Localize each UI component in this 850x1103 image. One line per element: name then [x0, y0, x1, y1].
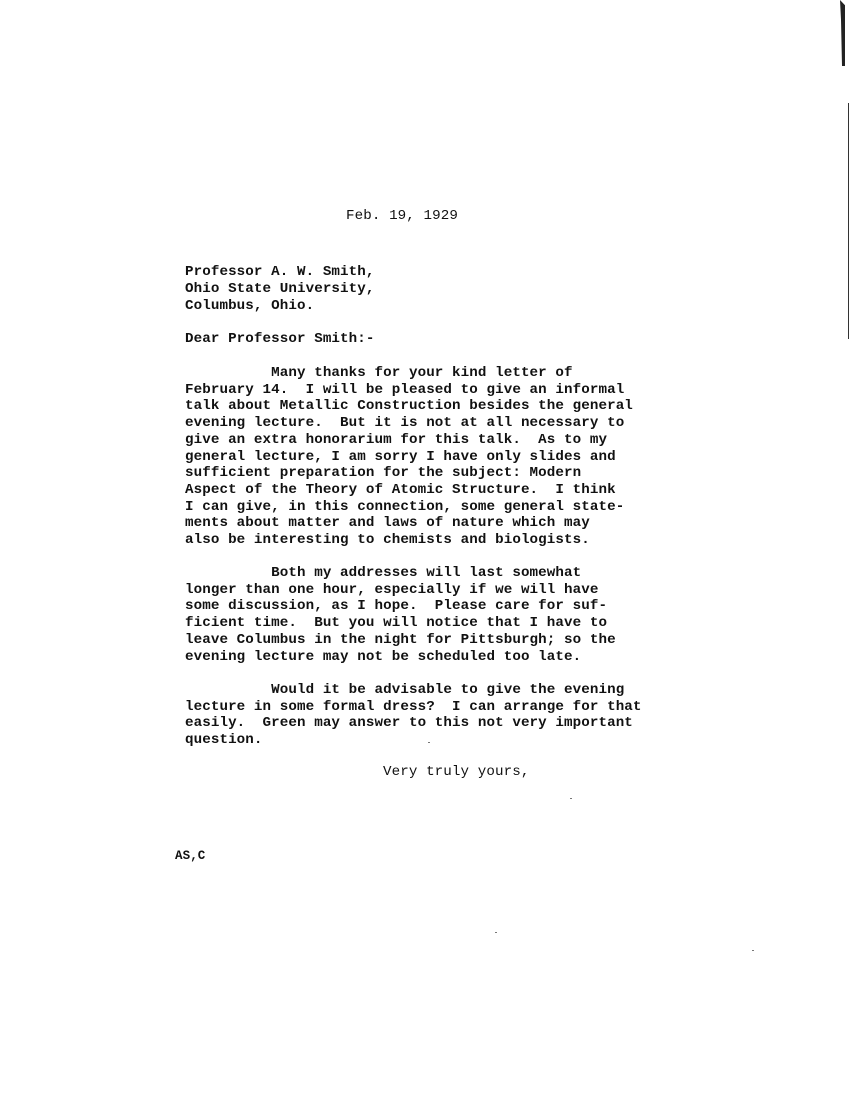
body-line: lecture in some formal dress? I can arra…	[185, 699, 642, 716]
initials: AS,C	[175, 848, 205, 865]
body-line: also be interesting to chemists and biol…	[185, 532, 590, 549]
letter-page: Feb. 19, 1929 Professor A. W. Smith, Ohi…	[0, 0, 850, 1103]
scan-speck	[570, 798, 572, 799]
scan-speck	[752, 950, 754, 951]
recipient-line-1: Professor A. W. Smith,	[185, 264, 375, 281]
salutation: Dear Professor Smith:-	[185, 331, 375, 348]
body-line: Both my addresses will last somewhat	[185, 565, 581, 582]
body-line: I can give, in this connection, some gen…	[185, 499, 624, 516]
scan-speck	[428, 742, 430, 743]
body-line: talk about Metallic Construction besides…	[185, 398, 633, 415]
body-line: leave Columbus in the night for Pittsbur…	[185, 632, 616, 649]
body-line: some discussion, as I hope. Please care …	[185, 598, 607, 615]
closing: Very truly yours,	[383, 764, 529, 781]
body-line: Many thanks for your kind letter of	[185, 365, 573, 382]
recipient-line-2: Ohio State University,	[185, 281, 375, 298]
body-line: evening lecture. But it is not at all ne…	[185, 415, 624, 432]
body-line: sufficient preparation for the subject: …	[185, 465, 581, 482]
recipient-line-3: Columbus, Ohio.	[185, 298, 314, 315]
body-line: question.	[185, 732, 263, 749]
body-line: longer than one hour, especially if we w…	[185, 582, 598, 599]
body-line: Would it be advisable to give the evenin…	[185, 682, 624, 699]
body-line: easily. Green may answer to this not ver…	[185, 715, 633, 732]
body-line: February 14. I will be pleased to give a…	[185, 382, 624, 399]
body-line: evening lecture may not be scheduled too…	[185, 649, 581, 666]
scan-speck	[495, 932, 497, 933]
body-line: ficient time. But you will notice that I…	[185, 615, 607, 632]
body-line: ments about matter and laws of nature wh…	[185, 515, 590, 532]
body-line: give an extra honorarium for this talk. …	[185, 432, 607, 449]
body-line: general lecture, I am sorry I have only …	[185, 449, 616, 466]
letter-date: Feb. 19, 1929	[346, 208, 458, 225]
scan-edge-mark	[840, 0, 845, 66]
scan-edge-line	[848, 103, 849, 339]
body-line: Aspect of the Theory of Atomic Structure…	[185, 482, 616, 499]
